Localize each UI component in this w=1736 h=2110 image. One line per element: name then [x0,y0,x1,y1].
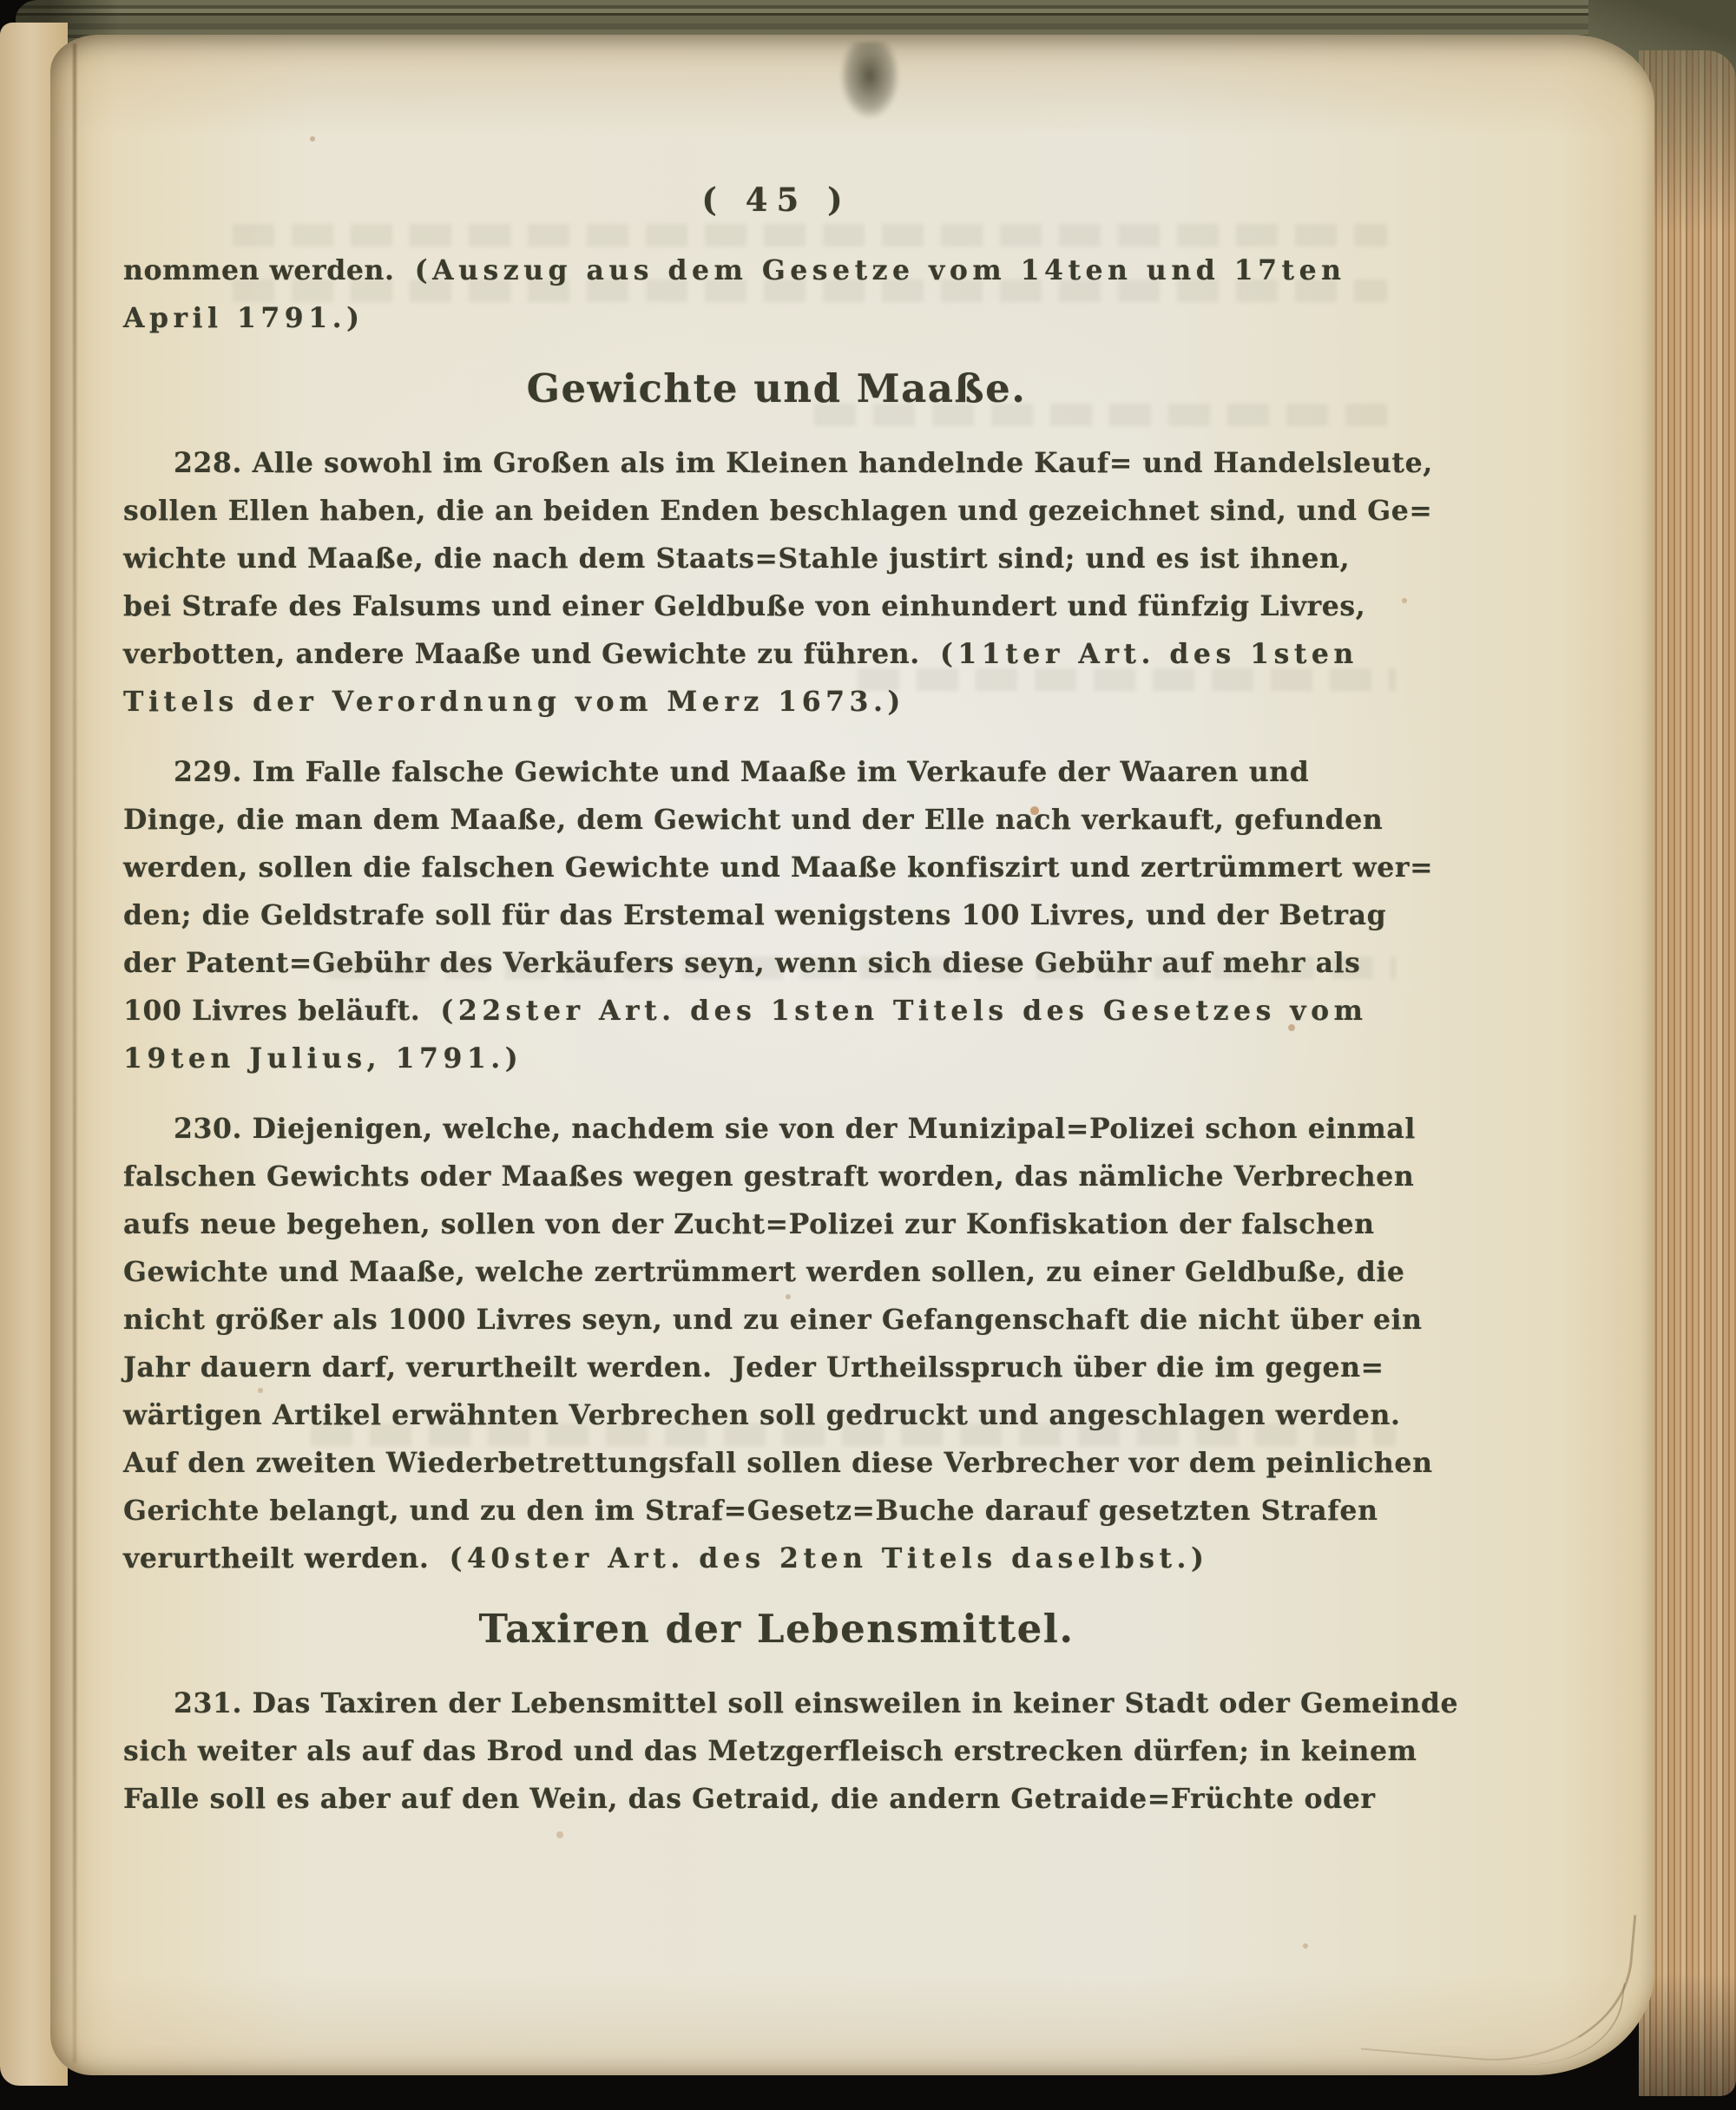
text-line: nommen werden. (Auszug aus dem Gesetze v… [123,246,1430,294]
text-line: wichte und Maaße, die nach dem Staats=St… [123,535,1430,582]
text-line: werden, sollen die falschen Gewichte und… [123,844,1430,891]
text-line: Jahr dauern darf, verurtheilt werden. Je… [123,1344,1430,1391]
text-line: verurtheilt werden. (40ster Art. des 2te… [123,1535,1430,1582]
citation-text: 19ten Julius, 1791.) [123,1042,523,1075]
body-text: falschen Gewichts oder Maaßes wegen gest… [123,1160,1414,1193]
text-line: wärtigen Artikel erwähnten Verbrechen so… [123,1391,1430,1439]
body-text: 228. Alle sowohl im Großen als im Kleine… [174,447,1433,479]
body-text: Gerichte belangt, und zu den im Straf=Ge… [123,1495,1378,1527]
text-line: 229. Im Falle falsche Gewichte und Maaße… [123,748,1430,796]
text-line: 231. Das Taxiren der Lebensmittel soll e… [123,1679,1430,1727]
page-number: ( 45 ) [123,181,1430,219]
text-line: 228. Alle sowohl im Großen als im Kleine… [123,439,1430,487]
citation-text: (22ster Art. des 1sten Titels des Gesetz… [440,995,1367,1027]
body-text: den; die Geldstrafe soll für das Erstema… [123,899,1386,931]
text-line: nicht größer als 1000 Livres seyn, und z… [123,1296,1430,1344]
gutter-crease [73,43,76,2063]
paragraph: 228. Alle sowohl im Großen als im Kleine… [123,439,1430,726]
text-line: verbotten, andere Maaße und Gewichte zu … [123,630,1430,678]
section-heading: Gewichte und Maaße. [123,365,1430,413]
text-line: 100 Livres beläuft. (22ster Art. des 1st… [123,987,1430,1035]
foxing-specks [50,35,54,38]
body-text: 229. Im Falle falsche Gewichte und Maaße… [174,756,1309,788]
body-text: nommen werden. [123,254,415,286]
text-line: Dinge, die man dem Maaße, dem Gewicht un… [123,796,1430,844]
text-line: Titels der Verordnung vom Merz 1673.) [123,678,1430,726]
text-line: 19ten Julius, 1791.) [123,1035,1430,1082]
text-column: nommen werden. (Auszug aus dem Gesetze v… [123,246,1430,1845]
text-line: falschen Gewichts oder Maaßes wegen gest… [123,1153,1430,1200]
citation-text: (11ter Art. des 1sten [940,638,1358,670]
body-text: der Patent=Gebühr des Verkäufers seyn, w… [123,947,1361,979]
text-line: bei Strafe des Falsums und einer Geldbuß… [123,582,1430,630]
body-text: Auf den zweiten Wiederbetrettungsfall so… [123,1447,1433,1479]
body-text: sollen Ellen haben, die an beiden Enden … [123,495,1432,527]
body-text: sich weiter als auf das Brod und das Met… [123,1735,1417,1767]
citation-text: (40ster Art. des 2ten Titels daselbst.) [450,1542,1209,1574]
text-line: sollen Ellen haben, die an beiden Enden … [123,487,1430,535]
body-text: verurtheilt werden. [123,1542,450,1574]
body-text: werden, sollen die falschen Gewichte und… [123,851,1433,884]
verso-bleedthrough [233,224,1387,246]
citation-text: (Auszug aus dem Gesetze vom 14ten und 17… [415,254,1346,286]
paragraph: 230. Diejenigen, welche, nachdem sie von… [123,1105,1430,1582]
citation-text: Titels der Verordnung vom Merz 1673.) [123,686,905,718]
body-text: verbotten, andere Maaße und Gewichte zu … [123,638,940,670]
intro-paragraph: nommen werden. (Auszug aus dem Gesetze v… [123,246,1430,342]
paragraph: nommen werden. (Auszug aus dem Gesetze v… [123,246,1430,342]
body-text: wichte und Maaße, die nach dem Staats=St… [123,542,1350,575]
text-line: den; die Geldstrafe soll für das Erstema… [123,891,1430,939]
text-line: Falle soll es aber auf den Wein, das Get… [123,1775,1430,1823]
paragraph: 229. Im Falle falsche Gewichte und Maaße… [123,748,1430,1082]
section-heading: Taxiren der Lebensmittel. [123,1605,1430,1653]
section-paragraphs: 231. Das Taxiren der Lebensmittel soll e… [123,1679,1430,1823]
book-photo: ( 45 ) nommen werden. (Auszug aus dem Ge… [0,0,1736,2110]
body-text: 100 Livres beläuft. [123,995,440,1027]
text-line: Gewichte und Maaße, welche zertrümmert w… [123,1248,1430,1296]
body-text: bei Strafe des Falsums und einer Geldbuß… [123,590,1365,622]
body-text: Falle soll es aber auf den Wein, das Get… [123,1783,1376,1815]
body-text: Jahr dauern darf, verurtheilt werden. Je… [123,1351,1384,1384]
text-line: sich weiter als auf das Brod und das Met… [123,1727,1430,1775]
text-line: 230. Diejenigen, welche, nachdem sie von… [123,1105,1430,1153]
body-text: aufs neue begehen, sollen von der Zucht=… [123,1208,1375,1240]
text-line: aufs neue begehen, sollen von der Zucht=… [123,1200,1430,1248]
body-text: 231. Das Taxiren der Lebensmittel soll e… [174,1687,1458,1719]
ink-smudge [826,42,913,163]
body-text: Dinge, die man dem Maaße, dem Gewicht un… [123,804,1383,836]
book-page: ( 45 ) nommen werden. (Auszug aus dem Ge… [50,35,1654,2075]
paragraph: 231. Das Taxiren der Lebensmittel soll e… [123,1679,1430,1823]
citation-text: April 1791.) [123,302,365,334]
body-text: nicht größer als 1000 Livres seyn, und z… [123,1304,1423,1336]
section-paragraphs: 228. Alle sowohl im Großen als im Kleine… [123,439,1430,1582]
body-text: Gewichte und Maaße, welche zertrümmert w… [123,1256,1405,1288]
text-line: der Patent=Gebühr des Verkäufers seyn, w… [123,939,1430,987]
text-line: Gerichte belangt, und zu den im Straf=Ge… [123,1487,1430,1535]
body-text: wärtigen Artikel erwähnten Verbrechen so… [123,1399,1401,1431]
text-line: Auf den zweiten Wiederbetrettungsfall so… [123,1439,1430,1487]
body-text: 230. Diejenigen, welche, nachdem sie von… [174,1113,1416,1145]
text-line: April 1791.) [123,294,1430,342]
